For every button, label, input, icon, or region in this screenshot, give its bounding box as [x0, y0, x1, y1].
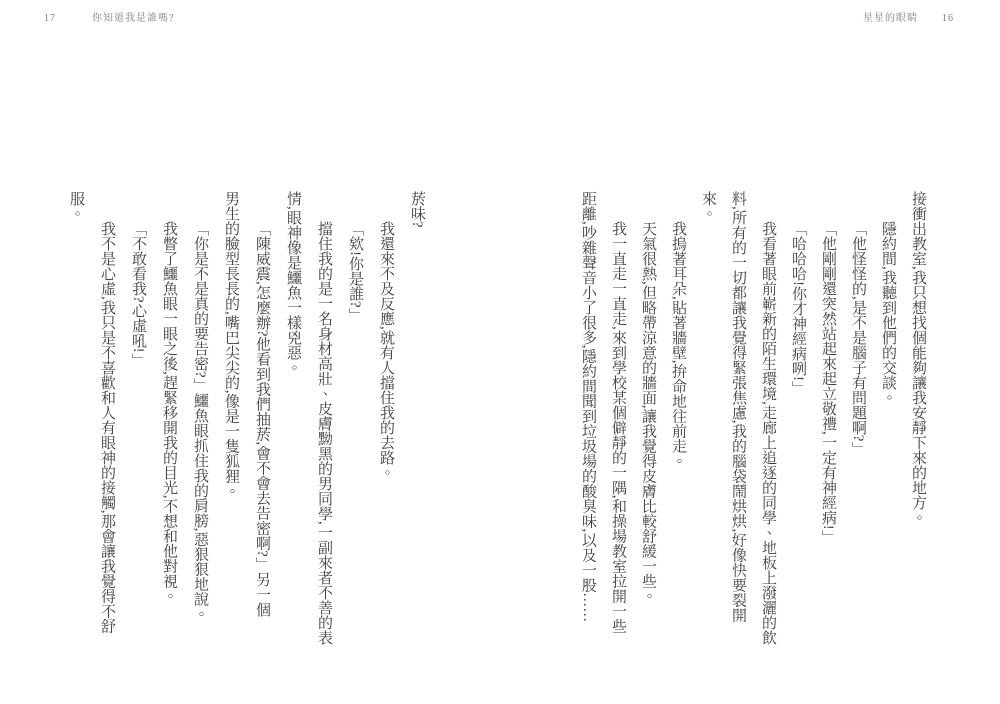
book-spread: 17 你知道我是誰嗎? 星星的眼睛 16 接衝出教室,我只想找個能夠讓我安靜下來… [0, 0, 1000, 704]
page-16-body-text: 接衝出教室,我只想找個能夠讓我安靜下來的地方。隱約間,我聽到他們的交談。「他怪怪… [573, 191, 933, 663]
text-column: 「不敢看我?心虛吼!」 [122, 191, 153, 663]
right-running-title: 星星的眼睛 [863, 13, 918, 25]
right-page-number: 16 [942, 13, 954, 25]
page-17-body-text: 菸味?我還來不及反應,就有人擋住我的去路。「欸!你是誰?」擋住我的是一名身材高壯… [60, 191, 432, 663]
text-column: 擋住我的是一名身材高壯、皮膚黝黑的男同學,一副來者不善的表 [308, 191, 339, 663]
text-column: 「陳威震,怎麼辦?他看到我們抽菸,會不會去告密啊?」另一個 [246, 191, 277, 663]
text-column: 情,眼神像是鱷魚一樣兇惡。 [277, 191, 308, 663]
text-column: 我不是心虛,我只是不喜歡和人有眼神的接觸,那會讓我覺得不舒 [91, 191, 122, 663]
text-column: 我瞥了鱷魚眼一眼之後,趕緊移開我的目光,不想和他對視。 [153, 191, 184, 663]
text-column: 男生的臉型長長的,嘴巴尖尖的,像是一隻狐狸。 [215, 191, 246, 663]
text-column: 「他怪怪的,是不是腦子有問題啊?」 [843, 191, 873, 663]
left-page-number: 17 [44, 13, 56, 25]
text-column: 隱約間,我聽到他們的交談。 [873, 191, 903, 663]
text-column: 我還來不及反應,就有人擋住我的去路。 [370, 191, 401, 663]
text-column: 天氣很熱,但略帶涼意的牆面,讓我覺得皮膚比較舒緩一些。 [633, 191, 663, 663]
text-column: 「他剛剛還突然站起來起立敬禮,一定有神經病!」 [813, 191, 843, 663]
text-column: 「哈哈哈!你才神經病咧!」 [783, 191, 813, 663]
text-column: 菸味? [401, 191, 432, 663]
text-column: 來。 [693, 191, 723, 663]
text-column: 距離,吵雜聲音小了很多,隱約間聞到垃圾場的酸臭味,以及一股…… [573, 191, 603, 663]
text-column: 接衝出教室,我只想找個能夠讓我安靜下來的地方。 [903, 191, 933, 663]
text-column: 料,所有的一切都讓我覺得緊張焦慮,我的腦袋鬧烘烘,好像快要裂開 [723, 191, 753, 663]
text-column: 「你是不是真的要告密?」鱷魚眼抓住我的肩膀,惡狠狠地說。 [184, 191, 215, 663]
text-column: 我摀著耳朵,貼著牆壁,拚命地往前走。 [663, 191, 693, 663]
text-column: 服。 [60, 191, 91, 663]
left-running-title: 你知道我是誰嗎? [92, 13, 174, 25]
text-column: 我看著眼前嶄新的陌生環境,走廊上追逐的同學、地板上潑灑的飲 [753, 191, 783, 663]
text-column: 「欸!你是誰?」 [339, 191, 370, 663]
text-column: 我一直走一直走,來到學校某個僻靜的一隅,和操場教室拉開一些 [603, 191, 633, 663]
